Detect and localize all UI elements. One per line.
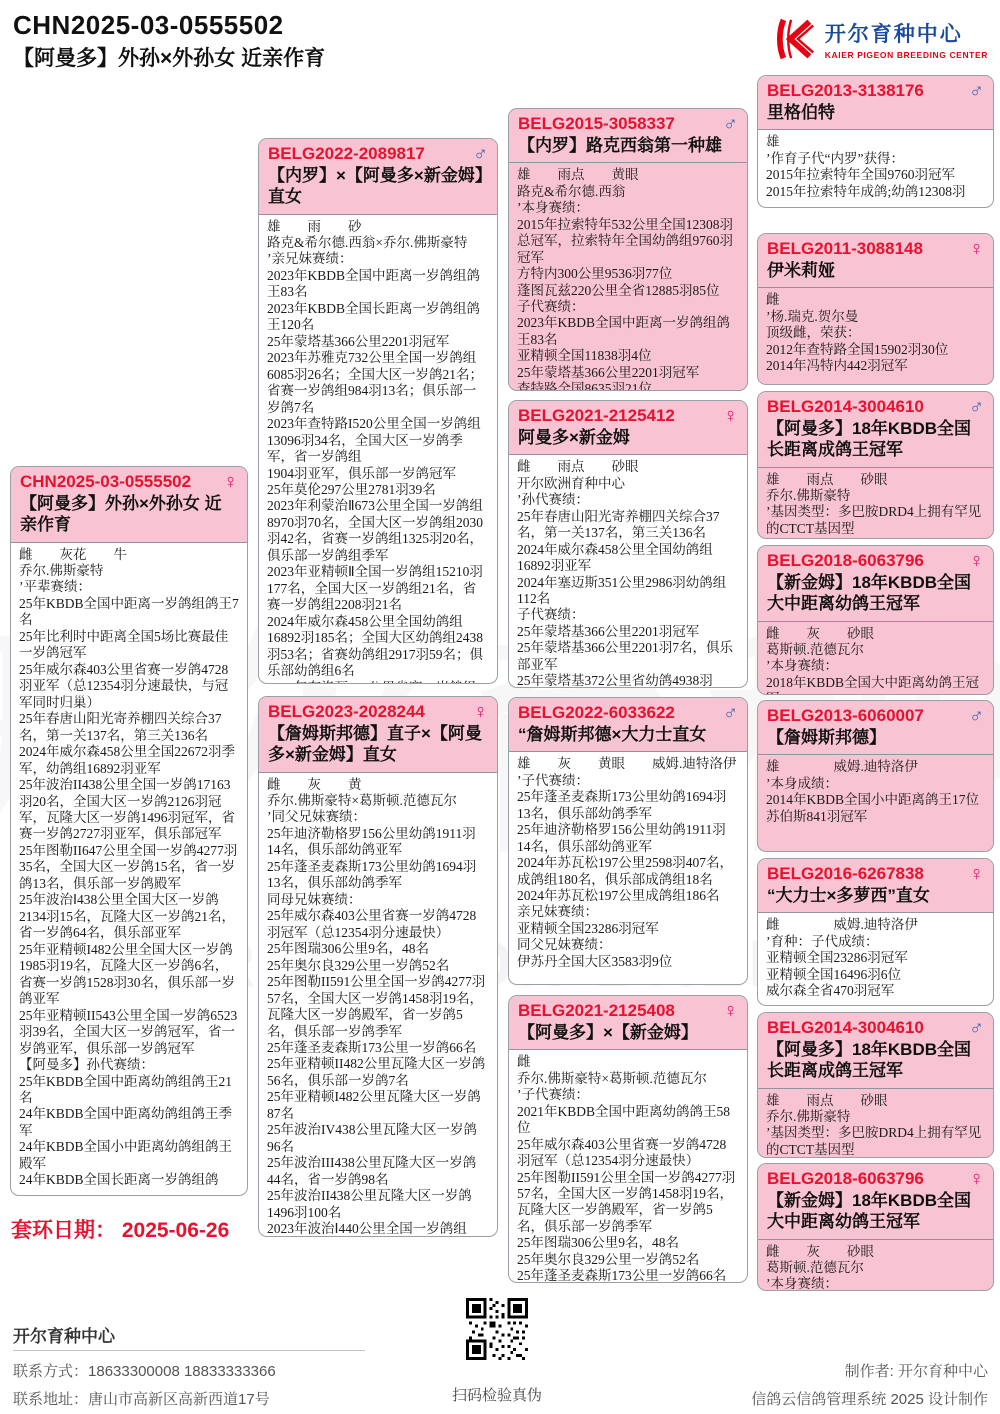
qr-code [466, 1298, 528, 1360]
ring-number: BELG2015-3058337 [518, 114, 675, 134]
pigeon-name: 【新金姆】18年KBDB全国大中距离幼鸽王冠军 [767, 1190, 984, 1233]
box-subject: CHN2025-03-0555502 ♀ 【阿曼多】外孙×外孙女 近亲作育 雌 … [10, 466, 248, 1196]
pigeon-details: 雄 雨点 黄眼 路克&希尔德.西翁 ’本身赛绩： 2015年拉索特年532公里全… [509, 163, 747, 390]
footer-divider [13, 1350, 365, 1351]
ring-date-label: 套环日期： [11, 1219, 116, 1242]
male-icon: ♂ [969, 397, 984, 417]
brand-logo: 开尔育种中心 KAIER PIGEON BREEDING CENTER [771, 16, 988, 62]
box-great-grandparent-2: BELG2011-3088148 ♀ 伊米莉娅 雌 ’杨.瑞克.贺尔曼 顶级雌，… [757, 233, 994, 385]
brand-name-en: KAIER PIGEON BREEDING CENTER [825, 50, 988, 60]
page-title-ring-number: CHN2025-03-0555502 [13, 10, 284, 41]
pigeon-name: 【詹姆斯邦德】直子×【阿曼多×新金姆】直女 [268, 723, 488, 766]
contact-value: 18633300008 18833333366 [88, 1363, 276, 1380]
female-icon: ♀ [723, 406, 738, 426]
pigeon-name: 【内罗】×【阿曼多×新金姆】直女 [268, 165, 488, 208]
male-icon: ♂ [969, 81, 984, 101]
address-label: 联系地址： [13, 1391, 88, 1408]
pedigree-certificate-page: 开尔育种中心 KAIER PIGEON BREEDING CENTER CHN2… [0, 0, 1000, 1414]
box-great-grandparent-3: BELG2014-3004610 ♂ 【阿曼多】18年KBDB全国长距离成鸽王冠… [757, 391, 994, 539]
ring-number: BELG2013-3138176 [767, 81, 924, 101]
pigeon-name: 【阿曼多】外孙×外孙女 近亲作育 [20, 493, 238, 536]
ring-number: CHN2025-03-0555502 [20, 472, 191, 492]
pigeon-name: 【新金姆】18年KBDB全国大中距离幼鸽王冠军 [767, 572, 984, 615]
pigeon-name: 【阿曼多】×【新金姆】 [518, 1022, 738, 1043]
pigeon-details: 雌 ’杨.瑞克.贺尔曼 顶级雌，荣获： 2012年查特路全国15902羽30位 … [758, 288, 993, 384]
qr-caption: 扫码检验真伪 [416, 1384, 578, 1405]
ring-number: BELG2022-6033622 [518, 703, 675, 723]
ring-date-value: 2025-06-26 [122, 1219, 229, 1242]
pigeon-name: 伊米莉娅 [767, 260, 984, 281]
ring-number: BELG2021-2125412 [518, 406, 675, 426]
female-icon: ♀ [969, 551, 984, 571]
ring-number: BELG2014-3004610 [767, 397, 924, 417]
female-icon: ♀ [723, 1001, 738, 1021]
ring-number: BELG2022-2089817 [268, 144, 425, 164]
female-icon: ♀ [969, 1169, 984, 1189]
male-icon: ♂ [723, 703, 738, 723]
female-icon: ♀ [473, 702, 488, 722]
box-maternal-grandfather: BELG2022-6033622 ♂ “詹姆斯邦德×大力士直女 雄 灰 黄眼 威… [508, 697, 748, 985]
address-value: 唐山市高新区高新西道17号 [88, 1391, 270, 1408]
pigeon-details: 雄 ’作育子代“内罗”获得： 2015年拉索特年全国9760羽冠军 2015年拉… [758, 130, 993, 207]
female-icon: ♀ [223, 472, 238, 492]
pigeon-name: 【阿曼多】18年KBDB全国长距离成鸽王冠军 [767, 418, 984, 461]
box-great-grandparent-4: BELG2018-6063796 ♀ 【新金姆】18年KBDB全国大中距离幼鸽王… [757, 545, 994, 695]
pigeon-name: 【詹姆斯邦德】 [767, 727, 984, 748]
pigeon-details: 雌 灰 砂眼 葛斯顿.范德瓦尔 ’本身赛绩： 2018年KBDB全国大中距离幼鸽… [758, 1240, 993, 1291]
ring-number: BELG2023-2028244 [268, 702, 425, 722]
box-great-grandparent-6: BELG2016-6267838 ♀ “大力士×多萝西”直女 雌 威姆.迪特洛伊… [757, 858, 994, 1006]
pigeon-details: 雄 灰 黄眼 威姆.迪特洛伊 ’子代赛绩： 25年蓬圣麦森斯173公里幼鸽169… [509, 752, 747, 984]
pigeon-details: 雌 威姆.迪特洛伊 ’育种：子代成绩： 亚精顿全国23286羽冠军 亚精顿全国1… [758, 913, 993, 1005]
box-maternal-grandmother: BELG2021-2125408 ♀ 【阿曼多】×【新金姆】 雌 乔尔.佛斯豪特… [508, 995, 748, 1283]
male-icon: ♂ [473, 144, 488, 164]
box-great-grandparent-7: BELG2014-3004610 ♂ 【阿曼多】18年KBDB全国长距离成鸽王冠… [757, 1012, 994, 1158]
ring-number: BELG2018-6063796 [767, 551, 924, 571]
pigeon-name: 【内罗】路克西翁第一种雄 [518, 135, 738, 156]
pigeon-name: “詹姆斯邦德×大力士直女 [518, 724, 738, 745]
female-icon: ♀ [969, 239, 984, 259]
box-paternal-grandmother: BELG2021-2125412 ♀ 阿曼多×新金姆 雌 雨点 砂眼 开尔欧洲育… [508, 400, 748, 688]
footer-contact: 联系方式：18633300008 18833333366 [13, 1360, 276, 1381]
pigeon-name: 【阿曼多】18年KBDB全国长距离成鸽王冠军 [767, 1039, 984, 1082]
box-subject-header: CHN2025-03-0555502 ♀ 【阿曼多】外孙×外孙女 近亲作育 [11, 467, 247, 543]
footer-address: 联系地址：唐山市高新区高新西道17号 [13, 1388, 270, 1409]
pigeon-details: 雄 雨 砂 路克&希尔德.西翁×乔尔.佛斯豪特 ’亲兄妹赛绩： 2023年KBD… [259, 215, 497, 684]
pigeon-details: 雄 雨点 砂眼 乔尔.佛斯豪特 ’基因类型：多巴胺DRD4上拥有罕见的CTCT基… [758, 468, 993, 539]
pigeon-details: 雄 威姆.迪特洛伊 ’本身成绩： 2014年KBDB全国小中距离鸽王17位 苏伯… [758, 755, 993, 851]
box-mother: BELG2023-2028244 ♀ 【詹姆斯邦德】直子×【阿曼多×新金姆】直女… [258, 696, 498, 1237]
pigeon-name: 里格伯特 [767, 102, 984, 123]
ring-number: BELG2013-6060007 [767, 706, 924, 726]
box-great-grandparent-5: BELG2013-6060007 ♂ 【詹姆斯邦德】 雄 威姆.迪特洛伊 ’本身… [757, 700, 994, 852]
ring-number: BELG2014-3004610 [767, 1018, 924, 1038]
footer-maker: 制作者: 开尔育种中心 [845, 1360, 988, 1381]
brand-name-cn: 开尔育种中心 [825, 18, 988, 48]
pigeon-details: 雄 雨点 砂眼 乔尔.佛斯豪特 ’基因类型：多巴胺DRD4上拥有罕见的CTCT基… [758, 1089, 993, 1158]
box-paternal-grandfather: BELG2015-3058337 ♂ 【内罗】路克西翁第一种雄 雄 雨点 黄眼 … [508, 108, 748, 391]
ring-number: BELG2021-2125408 [518, 1001, 675, 1021]
ring-date: 套环日期： 2025-06-26 [11, 1214, 229, 1244]
kaier-logo-icon [771, 16, 817, 62]
box-father: BELG2022-2089817 ♂ 【内罗】×【阿曼多×新金姆】直女 雄 雨 … [258, 138, 498, 684]
pigeon-details: 雌 灰 黄 乔尔.佛斯豪特×葛斯顿.范德瓦尔 ’同父兄妹赛绩： 25年迪济勒格罗… [259, 773, 497, 1237]
pigeon-details: 雌 乔尔.佛斯豪特×葛斯顿.范德瓦尔 ’子代赛绩： 2021年KBDB全国中距离… [509, 1050, 747, 1282]
male-icon: ♂ [723, 114, 738, 134]
brand-logo-text: 开尔育种中心 KAIER PIGEON BREEDING CENTER [825, 18, 988, 60]
pigeon-details: 雌 灰 砂眼 葛斯顿.范德瓦尔 ’本身赛绩： 2018年KBDB全国大中距离幼鸽… [758, 622, 993, 695]
pigeon-details: 雌 雨点 砂眼 开尔欧洲育种中心 ’孙代赛绩： 25年春唐山阳光寄养棚四关综合3… [509, 455, 747, 687]
ring-number: BELG2016-6267838 [767, 864, 924, 884]
contact-label: 联系方式： [13, 1363, 88, 1380]
pigeon-name: 阿曼多×新金姆 [518, 427, 738, 448]
box-great-grandparent-1: BELG2013-3138176 ♂ 里格伯特 雄 ’作育子代“内罗”获得： 2… [757, 75, 994, 208]
male-icon: ♂ [969, 1018, 984, 1038]
footer-company-name: 开尔育种中心 [13, 1322, 115, 1347]
footer-system: 信鸽云信鸽管理系统 2025 设计制作 [751, 1388, 988, 1409]
page-title-subtitle: 【阿曼多】外孙×外孙女 近亲作育 [13, 42, 325, 72]
ring-number: BELG2011-3088148 [767, 239, 923, 259]
female-icon: ♀ [969, 864, 984, 884]
male-icon: ♂ [969, 706, 984, 726]
pigeon-name: “大力士×多萝西”直女 [767, 885, 984, 906]
pigeon-details: 雌 灰花 牛 乔尔.佛斯豪特 ’平辈赛绩： 25年KBDB全国中距离一岁鸽组鸽王… [11, 543, 247, 1196]
ring-number: BELG2018-6063796 [767, 1169, 924, 1189]
box-great-grandparent-8: BELG2018-6063796 ♀ 【新金姆】18年KBDB全国大中距离幼鸽王… [757, 1163, 994, 1291]
